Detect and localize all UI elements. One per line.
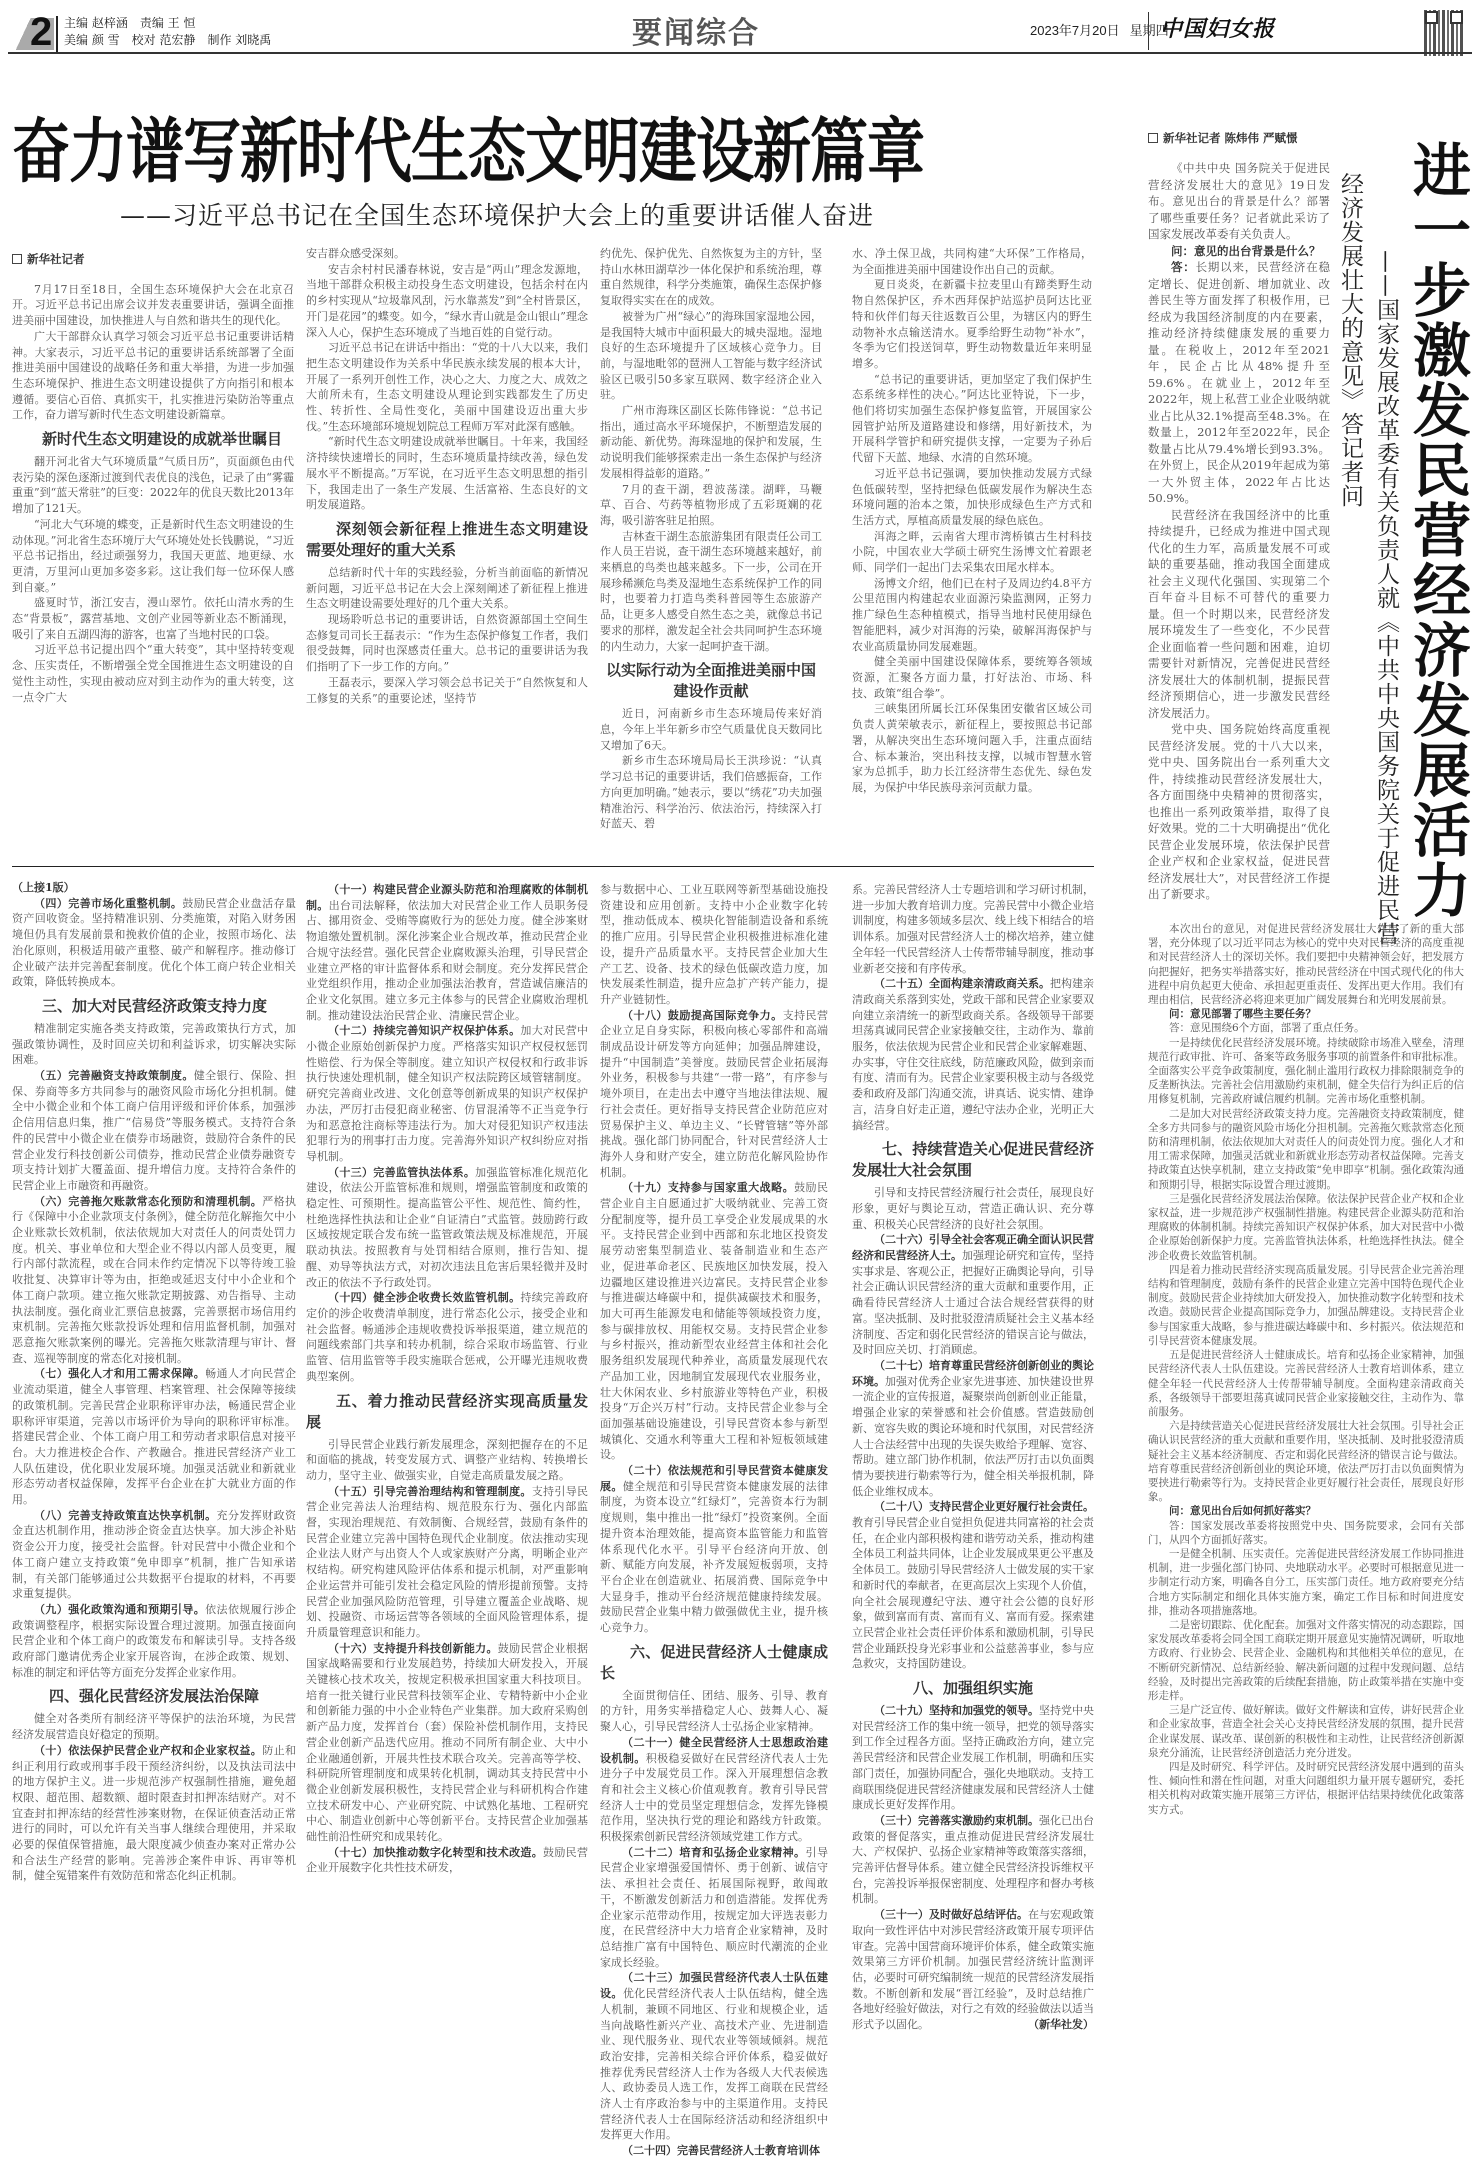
item-title: （四）完善市场化重整机制。 <box>34 897 182 910</box>
item-title: （七）强化人才和用工需求保障。 <box>34 1367 205 1380</box>
paragraph: 被誉为广州“绿心”的海珠国家湿地公园，是我国特大城市中面积最大的城央湿地。湿地良… <box>600 309 822 403</box>
item-title: （十七）加快推动数字化转型和技术改造。 <box>328 1846 543 1859</box>
item-title: （十）依法保护民营企业产权和企业家权益。 <box>34 1744 262 1757</box>
credit-chief-editor: 主编 赵梓涵 <box>64 16 128 30</box>
sidebar-headline: 进一步激发民营经济发展活力 <box>1402 140 1468 920</box>
paragraph: 现场聆听总书记的重要讲话，自然资源部国土空间生态修复司司长王磊表示：“作为生态保… <box>306 612 588 675</box>
item-title: （三十）完善落实激励约束机制。 <box>874 1814 1039 1827</box>
item-title: （二十五）全面构建亲清政商关系。 <box>874 977 1050 990</box>
paragraph: 夏日炎炎，在新疆卡拉麦里山有蹄类野生动物自然保护区，乔木西拜保护站巡护员阿达比亚… <box>852 277 1092 371</box>
paragraph: 广大干部群众认真学习领会习近平总书记重要讲话精神。大家表示，习近平总书记的重要讲… <box>12 329 294 423</box>
paragraph: （二十三）加强民营经济代表人士队伍建设。优化民营经济代表人士队伍结构，健全选人机… <box>600 1970 828 2143</box>
paragraph: “河北大气环境的蝶变，正是新时代生态文明建设的生动体现。”河北省生态环境厅大气环… <box>12 517 294 596</box>
paragraph: （八）完善支持政策直达快享机制。充分发挥财政资金直达机制作用，推动涉企资金直达快… <box>12 1508 296 1602</box>
answer: 答：国家发展改革委将按照党中央、国务院要求，会同有关部门，从四个方面抓好落实。 <box>1148 1519 1464 1547</box>
paragraph: （九）强化政策沟通和预期引导。依法依规履行涉企政策调整程序，根据实际设置合理过渡… <box>12 1602 296 1681</box>
paragraph: （二十七）培育尊重民营经济创新创业的舆论环境。加强对优秀企业家先进事迹、加快建设… <box>852 1358 1094 1499</box>
item-text: 持续完善政府定价的涉企收费清单制度，进行常态化公示，接受企业和社会监督。畅通涉企… <box>306 1291 588 1383</box>
masthead-rule <box>8 52 1472 54</box>
paragraph: 安吉余村村民潘春林说，安吉是“两山”理念发源地，当地干部群众积极主动投身生态文明… <box>306 262 588 341</box>
source-credit: （新华社发） <box>1006 2017 1094 2033</box>
item-text: 严格执行《保障中小企业款项支付条例》，健全防范化解拖欠中小企业账款长效机制，依法… <box>12 1195 296 1365</box>
item-text: 引导民营企业家增强爱国情怀、勇于创新、诚信守法、承担社会责任、拓展国际视野，敢闯… <box>600 1846 828 1969</box>
paragraph: 系。完善民营经济人士专题培训和学习研讨机制，进一步加大教育培训力度。完善民营中小… <box>852 882 1094 976</box>
section-title: 要闻综合 <box>632 8 760 52</box>
paragraph: 健全美丽中国建设保障体系，要统筹各领域资源，汇聚各方面力量，打好法治、市场、科技… <box>852 654 1092 701</box>
item-title: （六）完善拖欠账款常态化预防和清理机制。 <box>34 1195 262 1208</box>
paragraph: （二十一）健全民营经济人士思想政治建设机制。积极稳妥做好在民营经济代表人士先进分… <box>600 1735 828 1845</box>
item-text: 防止和纠正利用行政或刑事手段干预经济纠纷，以及执法司法中的地方保护主义。进一步规… <box>12 1744 296 1883</box>
paragraph: （十八）鼓励提高国际竞争力。支持民营企业立足自身实际，积极向核心零部件和高端制成… <box>600 1008 828 1181</box>
main-subhead: ——习近平总书记在全国生态环境保护大会上的重要讲话催人奋进 <box>120 196 874 232</box>
top-story-column-3: 约优先、保护优先、自然恢复为主的方针，坚持山水林田湖草沙一体化保护和系统治理，尊… <box>600 246 822 832</box>
paragraph: （五）完善融资支持政策制度。健全银行、保险、担保、券商等多方共同参与的融资风险市… <box>12 1068 296 1194</box>
paragraph: （六）完善拖欠账款常态化预防和清理机制。严格执行《保障中小企业款项支付条例》，健… <box>12 1194 296 1367</box>
paragraph: 健全对各类所有制经济平等保护的法治环境，为民营经济发展营造良好稳定的预期。 <box>12 1711 296 1742</box>
item-title: （十五）引导完善治理结构和管理制度。 <box>328 1485 532 1498</box>
paragraph: 二是加大对民营经济政策支持力度。完善融资支持政策制度，健全多方共同参与的融资风险… <box>1148 1107 1464 1192</box>
subheading: 以实际行动为全面推进美丽中国建设作贡献 <box>600 660 822 702</box>
credit-proofreader: 校对 范宏静 <box>132 33 196 47</box>
sidebar-subhead-2: 经济发展壮大的意见》答记者问 <box>1330 172 1364 508</box>
sidebar-intro-column: 《中共中央 国务院关于促进民营经济发展壮大的意见》19日发布。意见出台的背景是什… <box>1148 160 1330 903</box>
item-text: 健全银行、保险、担保、券商等多方共同参与的融资风险市场化分担机制。健全中小微企业… <box>12 1069 296 1192</box>
main-headline: 奋力谱写新时代生态文明建设新篇章 <box>12 112 1082 191</box>
editorial-credits: 主编 赵梓涵责编 王 恒 美编 颜 雪校对 范宏静制作 刘晓禹 <box>64 15 283 49</box>
answer-label: 答： <box>1171 260 1196 274</box>
paragraph: 《中共中央 国务院关于促进民营经济发展壮大的意见》19日发布。意见出台的背景是什… <box>1148 160 1330 243</box>
date-text: 2023年7月20日 <box>1030 23 1120 38</box>
item-text: 支持引导民营企业完善法人治理结构、规范股东行为、强化内部监督，实现治理规范、有效… <box>306 1485 588 1639</box>
section-heading: 三、加大对民营经济政策支持力度 <box>12 996 296 1017</box>
top-story-column-4: 水、净土保卫战，共同构建“大环保”工作格局，为全面推进美丽中国建设作出自己的贡献… <box>852 246 1092 796</box>
paragraph: （二十）依法规范和引导民营资本健康发展。健全规范和引导民营资本健康发展的法律制度… <box>600 1463 828 1636</box>
paragraph: 习近平总书记在讲话中指出：“党的十八大以来，我们把生态文明建设作为关系中华民族永… <box>306 340 588 434</box>
item-text: 健全规范和引导民营资本健康发展的法律制度，为资本设立“红绿灯”，完善资本行为制度… <box>600 1480 828 1634</box>
top-story-column-1: 新华社记者 7月17日至18日，全国生态环境保护大会在北京召开。习近平总书记出席… <box>12 252 294 705</box>
paragraph: （十三）完善监管执法体系。加强监管标准化规范化建设，依法公开监管标准和规则，增强… <box>306 1165 588 1291</box>
item-title: （八）完善支持政策直达快享机制。 <box>34 1509 217 1522</box>
subheading: 深刻领会新征程上推进生态文明建设需要处理好的重大关系 <box>306 519 588 561</box>
item-title: （十六）支持提升科技创新能力。 <box>328 1642 498 1655</box>
item-text: 充分发挥财政资金直达机制作用，推动涉企资金直达快享。加大涉企补贴资金公开力度，接… <box>12 1509 296 1601</box>
paragraph: 广州市海珠区副区长陈伟锋说：“总书记指出，通过高水平环境保护，不断塑造发展的新动… <box>600 403 822 482</box>
paragraph: 二是密切跟踪、优化配套。加强对文件落实情况的动态跟踪，国家发展改革委将会同全国工… <box>1148 1618 1464 1703</box>
continuation-column-3: 参与数据中心、工业互联网等新型基础设施投资建设和应用创新。支持中小企业数字化转型… <box>600 882 828 2159</box>
section-heading: 八、加强组织实施 <box>852 1678 1094 1699</box>
item-title: （十四）健全涉企收费长效监管机制。 <box>328 1291 520 1304</box>
paragraph: （二十六）引导全社会客观正确全面认识民营经济和民营经济人士。加强理论研究和宣传，… <box>852 1232 1094 1358</box>
question: 问：意见出台后如何抓好落实？ <box>1148 1504 1464 1518</box>
top-story-column-2: 安吉群众感受深刻。 安吉余村村民潘春林说，安吉是“两山”理念发源地，当地干部群众… <box>306 246 588 706</box>
answer: 答：意见围绕6个方面，部署了重点任务。 <box>1148 1021 1464 1035</box>
item-text: 支持民营企业立足自身实际，积极向核心零部件和高端制成品设计研发等方向延伸；加强品… <box>600 1009 828 1179</box>
sidebar-body-column: 本次出台的意见，对促进民营经济发展壮大作出了新的重大部署，充分体现了以习近平同志… <box>1148 922 1464 1817</box>
paragraph: （二十四）完善民营经济人士教育培训体 <box>600 2143 828 2159</box>
byline-text: 新华社记者 <box>27 252 85 266</box>
paragraph: 洱海之畔，云南省大理市湾桥镇古生村科技小院，中国农业大学硕士研究生汤博文忙着跟老… <box>852 529 1092 576</box>
item-text: 鼓励民营企业盘活存量资产回收资金。坚持精准识别、分类施策，对陷入财务困境但仍具有… <box>12 897 296 989</box>
item-text: 鼓励民营企业自主自愿通过扩大吸纳就业、完善工资分配制度等，提升员工享受企业发展成… <box>600 1181 828 1461</box>
continuation-column-2: （十一）构建民营企业源头防范和治理腐败的体制机制。出台司法解释，依法加大对民营企… <box>306 882 588 1876</box>
item-text: 把构建亲清政商关系落到实处，党政干部和民营企业家要双向建立亲清统一的新型政商关系… <box>852 977 1094 1131</box>
paragraph: 五是促进民营经济人士健康成长。培育和弘扬企业家精神，加强民营经济代表人士队伍建设… <box>1148 1348 1464 1419</box>
item-title: （二十九）坚持和加强党的领导。 <box>874 1704 1039 1717</box>
paragraph: 党中央、国务院始终高度重视民营经济发展。党的十八大以来，党中央、国务院出台一系列… <box>1148 721 1330 903</box>
byline: 新华社记者 <box>12 252 294 268</box>
paragraph: 参与数据中心、工业互联网等新型基础设施投资建设和应用创新。支持中小企业数字化转型… <box>600 882 828 1008</box>
paragraph: 吉林查干湖生态旅游集团有限责任公司工作人员王岩说，查干湖生态环境越来越好，前来栖… <box>600 529 822 655</box>
masthead: 2 主编 赵梓涵责编 王 恒 美编 颜 雪校对 范宏静制作 刘晓禹 要闻综合 2… <box>0 0 1472 56</box>
item-title: （十八）鼓励提高国际竞争力。 <box>622 1009 783 1022</box>
paragraph: “总书记的重要讲话，更加坚定了我们保护生态系统多样性的决心。”阿达比亚特说，下一… <box>852 372 1092 466</box>
item-title: （三十一）及时做好总结评估。 <box>874 1908 1028 1921</box>
newspaper-logo: 中国妇女报 <box>1160 12 1275 43</box>
item-text: 畅通人才向民营企业流动渠道，健全人事管理、档案管理、社会保障等接续的政策机制。完… <box>12 1367 296 1506</box>
section-heading: 七、持续营造关心促进民营经济发展壮大社会氛围 <box>852 1139 1094 1181</box>
byline-text: 新华社记者 陈炜伟 严赋憬 <box>1163 131 1298 145</box>
paragraph: 总结新时代十年的实践经验，分析当前面临的新情况新问题，习近平总书记在大会上深刻阐… <box>306 565 588 612</box>
paragraph: （二十八）支持民营企业更好履行社会责任。教育引导民营企业自觉担负促进共同富裕的社… <box>852 1499 1094 1672</box>
item-text: 强化已出台政策的督促落实，重点推动促进民营经济发展壮大、产权保护、弘扬企业家精神… <box>852 1814 1094 1906</box>
item-text: 加强理论研究和宣传，坚持实事求是、客观公正，把握好正确舆论导向，引导社会正确认识… <box>852 1249 1094 1356</box>
divider <box>56 16 58 52</box>
paragraph: （十六）支持提升科技创新能力。鼓励民营企业根据国家战略需要和行业发展趋势，持续加… <box>306 1641 588 1845</box>
paragraph: （二十九）坚持和加强党的领导。坚持党中央对民营经济工作的集中统一领导，把党的领导… <box>852 1703 1094 1813</box>
paragraph: 王磊表示，要深入学习领会总书记关于“自然恢复和人工修复的关系”的重要论述，坚持节 <box>306 675 588 706</box>
paragraph: （十七）加快推动数字化转型和技术改造。鼓励民营企业开展数字化共性技术研发， <box>306 1845 588 1876</box>
credit-producer: 制作 刘晓禹 <box>207 33 271 47</box>
item-text: 鼓励民营企业根据国家战略需要和行业发展趋势，持续加大研发投入，开展关键核心技术攻… <box>306 1642 588 1843</box>
item-text: 加强监管标准化规范化建设，依法公开监管标准和规则，增强监管制度和政策的稳定性、可… <box>306 1166 588 1289</box>
item-title: （十九）支持参与国家重大战略。 <box>622 1181 794 1194</box>
question: 问：意见部署了哪些主要任务？ <box>1148 1007 1464 1021</box>
item-text: 出台司法解释，依法加大对民营企业工作人员职务侵占、挪用资金、受贿等腐败行为的惩处… <box>306 899 588 1022</box>
paragraph: 习近平总书记强调，要加快推动发展方式绿色低碳转型，坚持把绿色低碳发展作为解决生态… <box>852 466 1092 529</box>
paragraph: （十五）引导完善治理结构和管理制度。支持引导民营企业完善法人治理结构、规范股东行… <box>306 1484 588 1641</box>
paragraph: 引导和支持民营经济履行社会责任，展现良好形象，更好与舆论互动，营造正确认识、充分… <box>852 1185 1094 1232</box>
item-text: 加大对民营中小微企业原始创新保护力度。严格落实知识产权侵权惩罚性赔偿、行为保全等… <box>306 1024 588 1163</box>
paragraph: 盛夏时节，浙江安吉，漫山翠竹。依托山清水秀的生态“背景板”，露营基地、文创产业园… <box>12 595 294 642</box>
paragraph: 新乡市生态环境局局长王洪珍说：“认真学习总书记的重要讲话，我们倍感振奋，工作方向… <box>600 753 822 832</box>
paragraph: 安吉群众感受深刻。 <box>306 246 588 262</box>
item-text: 优化民营经济代表人士队伍结构，健全选人机制，兼顾不同地区、行业和规模企业，适当向… <box>600 1987 828 2141</box>
item-text: 在与宏观政策取向一致性评估中对涉民营经济政策开展专项评估审查。完善中国营商环境评… <box>852 1908 1094 2031</box>
answer: 答：长期以来，民营经济在稳定增长、促进创新、增加就业、改善民生等方面发挥了积极作… <box>1148 259 1330 507</box>
item-text: 教育引导民营企业自觉担负促进共同富裕的社会责任，在企业内部积极构建和谐劳动关系，… <box>852 1516 1094 1670</box>
paragraph: （十九）支持参与国家重大战略。鼓励民营企业自主自愿通过扩大吸纳就业、完善工资分配… <box>600 1180 828 1463</box>
paragraph: 翻开河北省大气环境质量“气质日历”，页面颜色由代表污染的深色逐渐过渡到代表优良的… <box>12 454 294 517</box>
divider <box>1148 12 1149 50</box>
item-title: （十二）持续完善知识产权保护体系。 <box>328 1024 520 1037</box>
continuation-column-4: 系。完善民营经济人士专题培训和学习研讨机制，进一步加大教育培训力度。完善民营中小… <box>852 882 1094 2033</box>
section-heading: 六、促进民营经济人士健康成长 <box>600 1642 828 1684</box>
paragraph: （十）依法保护民营企业产权和企业家权益。防止和纠正利用行政或刑事手段干预经济纠纷… <box>12 1743 296 1884</box>
paragraph: 全面贯彻信任、团结、服务、引导、教育的方针，用务实举措稳定人心、鼓舞人心、凝聚人… <box>600 1688 828 1735</box>
item-text: 加强对优秀企业家先进事迹、加快建设世界一流企业的宣传报道，凝聚崇尚创新创业正能量… <box>852 1375 1094 1498</box>
section-divider <box>12 866 1094 867</box>
page-number: 2 <box>30 12 52 52</box>
paragraph: （四）完善市场化重整机制。鼓励民营企业盘活存量资产回收资金。坚持精准识别、分类施… <box>12 896 296 990</box>
item-text: 坚持党中央对民营经济工作的集中统一领导，把党的领导落实到工作全过程各方面。坚持正… <box>852 1704 1094 1811</box>
paragraph: （十四）健全涉企收费长效监管机制。持续完善政府定价的涉企收费清单制度，进行常态化… <box>306 1290 588 1384</box>
section-heading: 五、着力推动民营经济实现高质量发展 <box>306 1391 588 1433</box>
paragraph: 一是健全机制、压实责任。完善促进民营经济发展工作协同推进机制，进一步强化部门协同… <box>1148 1547 1464 1618</box>
paragraph: 民营经济在我国经济中的比重持续提升，已经成为推进中国式现代化的生力军，高质量发展… <box>1148 507 1330 722</box>
item-title: （五）完善融资支持政策制度。 <box>34 1069 194 1082</box>
paragraph: 三峡集团所属长江环保集团安徽省区域公司负责人黄荣敏表示，新征程上，要按照总书记部… <box>852 701 1092 795</box>
section-heading: 四、强化民营经济发展法治保障 <box>12 1686 296 1707</box>
sidebar-subhead-1: ——国家发展改革委有关负责人就《中共中央国务院关于促进民营 <box>1366 250 1400 946</box>
item-title: （二十二）培育和弘扬企业家精神。 <box>622 1846 806 1859</box>
paragraph: 水、净土保卫战，共同构建“大环保”工作格局，为全面推进美丽中国建设作出自己的贡献… <box>852 246 1092 277</box>
paragraph: 7月17日至18日，全国生态环境保护大会在北京召开。习近平总书记出席会议并发表重… <box>12 282 294 329</box>
paragraph: 近日，河南新乡市生态环境局传来好消息，今年上半年新乡市空气质量优良天数同比又增加… <box>600 706 822 753</box>
sidebar-byline: 新华社记者 陈炜伟 严赋憬 <box>1148 130 1298 146</box>
paragraph: 六是持续营造关心促进民营经济发展壮大社会氛围。引导社会正确认识民营经济的重大贡献… <box>1148 1419 1464 1504</box>
paragraph: （二十五）全面构建亲清政商关系。把构建亲清政商关系落到实处，党政干部和民营企业家… <box>852 976 1094 1133</box>
item-title: （九）强化政策沟通和预期引导。 <box>34 1603 205 1616</box>
paragraph: 本次出台的意见，对促进民营经济发展壮大作出了新的重大部署，充分体现了以习近平同志… <box>1148 922 1464 1007</box>
paragraph: 7月的查干湖，碧波荡漾。湖畔，马鞭草、百合、芍药等植物形成了五彩斑斓的花海，吸引… <box>600 482 822 529</box>
subheading: 新时代生态文明建设的成就举世瞩目 <box>12 429 294 450</box>
paragraph: （七）强化人才和用工需求保障。畅通人才向民营企业流动渠道，健全人事管理、档案管理… <box>12 1366 296 1507</box>
paragraph: （二十二）培育和弘扬企业家精神。引导民营企业家增强爱国情怀、勇于创新、诚信守法、… <box>600 1845 828 1971</box>
paragraph: 四是着力推动民营经济实现高质量发展。引导民营企业完善治理结构和管理制度，鼓励有条… <box>1148 1263 1464 1348</box>
paragraph: 习近平总书记提出四个“重大转变”，其中坚持转变观念、压实责任，不断增强全党全国推… <box>12 642 294 705</box>
item-text: 积极稳妥做好在民营经济代表人士先进分子中发展党员工作。深入开展理想信念教育和社会… <box>600 1752 828 1844</box>
paragraph: 约优先、保护优先、自然恢复为主的方针，坚持山水林田湖草沙一体化保护和系统治理，尊… <box>600 246 822 309</box>
paragraph: （三十）完善落实激励约束机制。强化已出台政策的督促落实，重点推动促进民营经济发展… <box>852 1813 1094 1907</box>
item-title: （二十八）支持民营企业更好履行社会责任。 <box>874 1500 1094 1513</box>
paragraph: 精准制定实施各类支持政策，完善政策执行方式，加强政策协调性，及时回应关切和利益诉… <box>12 1021 296 1068</box>
continuation-label: （上接1版） <box>12 880 296 896</box>
item-title: （十三）完善监管执法体系。 <box>328 1166 475 1179</box>
paragraph: 汤博文介绍，他们已在村子及周边约4.8平方公里范围内构建起农业面源污染监测网，正… <box>852 576 1092 655</box>
paragraph: “新时代生态文明建设成就举世瞩目。十年来，我国经济持续快速增长的同时，生态环境质… <box>306 434 588 513</box>
item-title: （二十四）完善民营经济人士教育培训体 <box>622 2144 820 2157</box>
qr-code-icon[interactable] <box>1424 10 1464 56</box>
paragraph: 引导民营企业践行新发展理念，深刻把握存在的不足和面临的挑战，转变发展方式、调整产… <box>306 1437 588 1484</box>
credit-editor: 责编 王 恒 <box>140 16 196 30</box>
paragraph: 三是广泛宣传、做好解读。做好文件解读和宣传，讲好民营企业和企业家故事，营造全社会… <box>1148 1703 1464 1760</box>
credit-art-editor: 美编 颜 雪 <box>64 33 120 47</box>
question: 问：意见的出台背景是什么？ <box>1148 243 1330 260</box>
box-icon <box>1148 133 1158 143</box>
box-icon <box>12 254 22 264</box>
answer-text: 长期以来，民营经济在稳定增长、促进创新、增加就业、改善民生等方面发挥了积极作用，… <box>1148 260 1330 505</box>
paragraph: （十二）持续完善知识产权保护体系。加大对民营中小微企业原始创新保护力度。严格落实… <box>306 1023 588 1164</box>
continuation-column-1: （上接1版） （四）完善市场化重整机制。鼓励民营企业盘活存量资产回收资金。坚持精… <box>12 880 296 1884</box>
paragraph: 一是持续优化民营经济发展环境。持续破除市场准入壁垒，清理规范行政审批、许可、备案… <box>1148 1036 1464 1107</box>
paragraph: （三十一）及时做好总结评估。在与宏观政策取向一致性评估中对涉民营经济政策开展专项… <box>852 1907 1094 2033</box>
paragraph: 三是强化民营经济发展法治保障。依法保护民营企业产权和企业家权益，进一步规范涉产权… <box>1148 1192 1464 1263</box>
paragraph: 四是及时研究、科学评估。及时研究民营经济发展中遇到的苗头性、倾向性和潜在性问题，… <box>1148 1760 1464 1817</box>
paragraph: （十一）构建民营企业源头防范和治理腐败的体制机制。出台司法解释，依法加大对民营企… <box>306 882 588 1023</box>
